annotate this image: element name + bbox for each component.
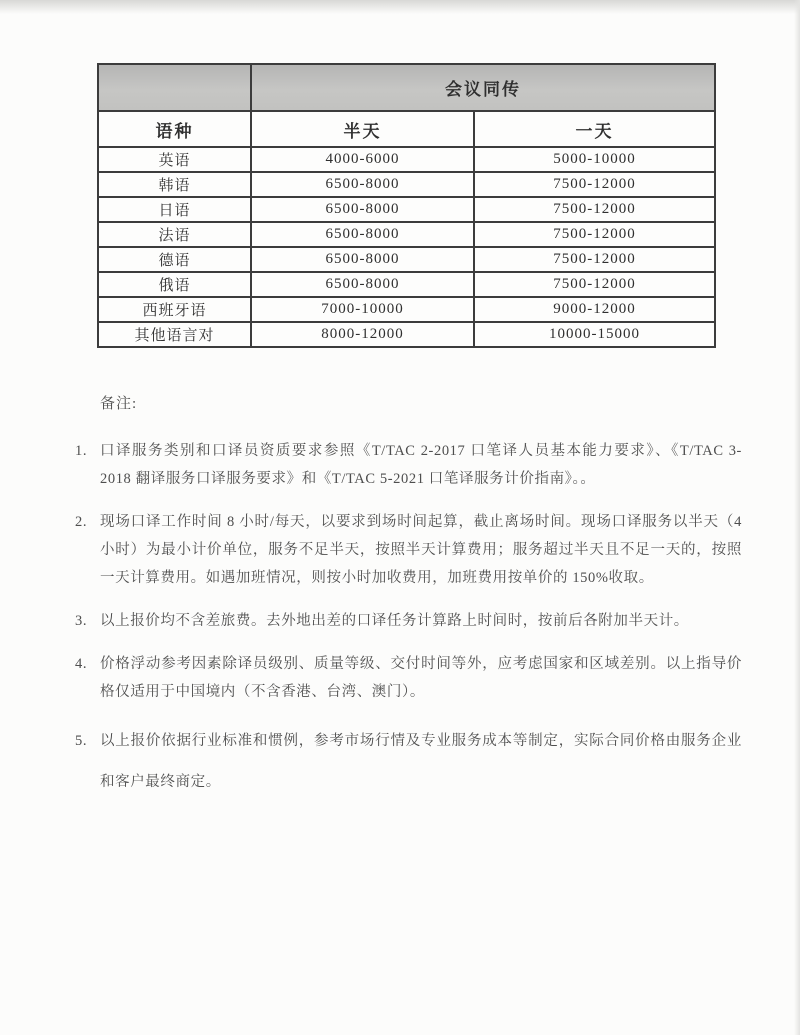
- cell-full-day: 10000-15000: [474, 322, 715, 347]
- note-item-2: 2. 现场口译工作时间 8 小时/每天，以要求到场时间起算，截止离场时间。现场口…: [75, 508, 742, 592]
- cell-language: 英语: [98, 147, 251, 172]
- table-row: 德语 6500-8000 7500-12000: [98, 247, 715, 272]
- cell-half-day: 6500-8000: [251, 222, 474, 247]
- cell-language: 德语: [98, 247, 251, 272]
- table-row: 其他语言对 8000-12000 10000-15000: [98, 322, 715, 347]
- cell-full-day: 5000-10000: [474, 147, 715, 172]
- cell-full-day: 7500-12000: [474, 197, 715, 222]
- table-row: 日语 6500-8000 7500-12000: [98, 197, 715, 222]
- note-number: 4.: [75, 650, 100, 678]
- notes-label: 备注:: [100, 392, 742, 413]
- table-row: 俄语 6500-8000 7500-12000: [98, 272, 715, 297]
- note-item-4: 4. 价格浮动参考因素除译员级别、质量等级、交付时间等外，应考虑国家和区域差别。…: [75, 650, 742, 706]
- note-number: 2.: [75, 508, 100, 536]
- note-text: 口译服务类别和口译员资质要求参照《T/TAC 2-2017 口笔译人员基本能力要…: [100, 437, 742, 493]
- cell-full-day: 7500-12000: [474, 272, 715, 297]
- cell-language: 其他语言对: [98, 322, 251, 347]
- col-header-half-day: 半天: [251, 111, 474, 147]
- cell-half-day: 6500-8000: [251, 172, 474, 197]
- cell-full-day: 9000-12000: [474, 297, 715, 322]
- cell-language: 法语: [98, 222, 251, 247]
- table-row: 韩语 6500-8000 7500-12000: [98, 172, 715, 197]
- note-item-1: 1. 口译服务类别和口译员资质要求参照《T/TAC 2-2017 口笔译人员基本…: [75, 437, 742, 493]
- pricing-table: 会议同传 语种 半天 一天 英语 4000-6000 5000-10000 韩语…: [97, 63, 716, 348]
- cell-half-day: 6500-8000: [251, 272, 474, 297]
- note-text: 以上报价均不含差旅费。去外地出差的口译任务计算路上时间时，按前后各附加半天计。: [100, 607, 742, 635]
- note-number: 1.: [75, 437, 100, 465]
- cell-language: 俄语: [98, 272, 251, 297]
- table-title: 会议同传: [251, 64, 715, 111]
- cell-half-day: 7000-10000: [251, 297, 474, 322]
- cell-language: 日语: [98, 197, 251, 222]
- note-item-5: 5. 以上报价依据行业标准和惯例，参考市场行情及专业服务成本等制定，实际合同价格…: [75, 721, 742, 803]
- note-item-3: 3. 以上报价均不含差旅费。去外地出差的口译任务计算路上时间时，按前后各附加半天…: [75, 607, 742, 635]
- table-row: 法语 6500-8000 7500-12000: [98, 222, 715, 247]
- note-text: 价格浮动参考因素除译员级别、质量等级、交付时间等外，应考虑国家和区域差别。以上指…: [100, 650, 742, 706]
- cell-half-day: 4000-6000: [251, 147, 474, 172]
- cell-language: 西班牙语: [98, 297, 251, 322]
- cell-half-day: 6500-8000: [251, 247, 474, 272]
- cell-full-day: 7500-12000: [474, 222, 715, 247]
- note-number: 5.: [75, 721, 100, 762]
- table-row: 西班牙语 7000-10000 9000-12000: [98, 297, 715, 322]
- note-text: 以上报价依据行业标准和惯例，参考市场行情及专业服务成本等制定，实际合同价格由服务…: [100, 721, 742, 803]
- cell-full-day: 7500-12000: [474, 247, 715, 272]
- cell-half-day: 6500-8000: [251, 197, 474, 222]
- table-banner-row: 会议同传: [98, 64, 715, 111]
- cell-full-day: 7500-12000: [474, 172, 715, 197]
- col-header-full-day: 一天: [474, 111, 715, 147]
- table-header-row: 语种 半天 一天: [98, 111, 715, 147]
- banner-empty-cell: [98, 64, 251, 111]
- note-text: 现场口译工作时间 8 小时/每天，以要求到场时间起算，截止离场时间。现场口译服务…: [100, 508, 742, 592]
- cell-half-day: 8000-12000: [251, 322, 474, 347]
- cell-language: 韩语: [98, 172, 251, 197]
- notes-section: 备注: 1. 口译服务类别和口译员资质要求参照《T/TAC 2-2017 口笔译…: [75, 392, 742, 818]
- col-header-language: 语种: [98, 111, 251, 147]
- note-number: 3.: [75, 607, 100, 635]
- document-page: 会议同传 语种 半天 一天 英语 4000-6000 5000-10000 韩语…: [0, 0, 800, 1035]
- table-row: 英语 4000-6000 5000-10000: [98, 147, 715, 172]
